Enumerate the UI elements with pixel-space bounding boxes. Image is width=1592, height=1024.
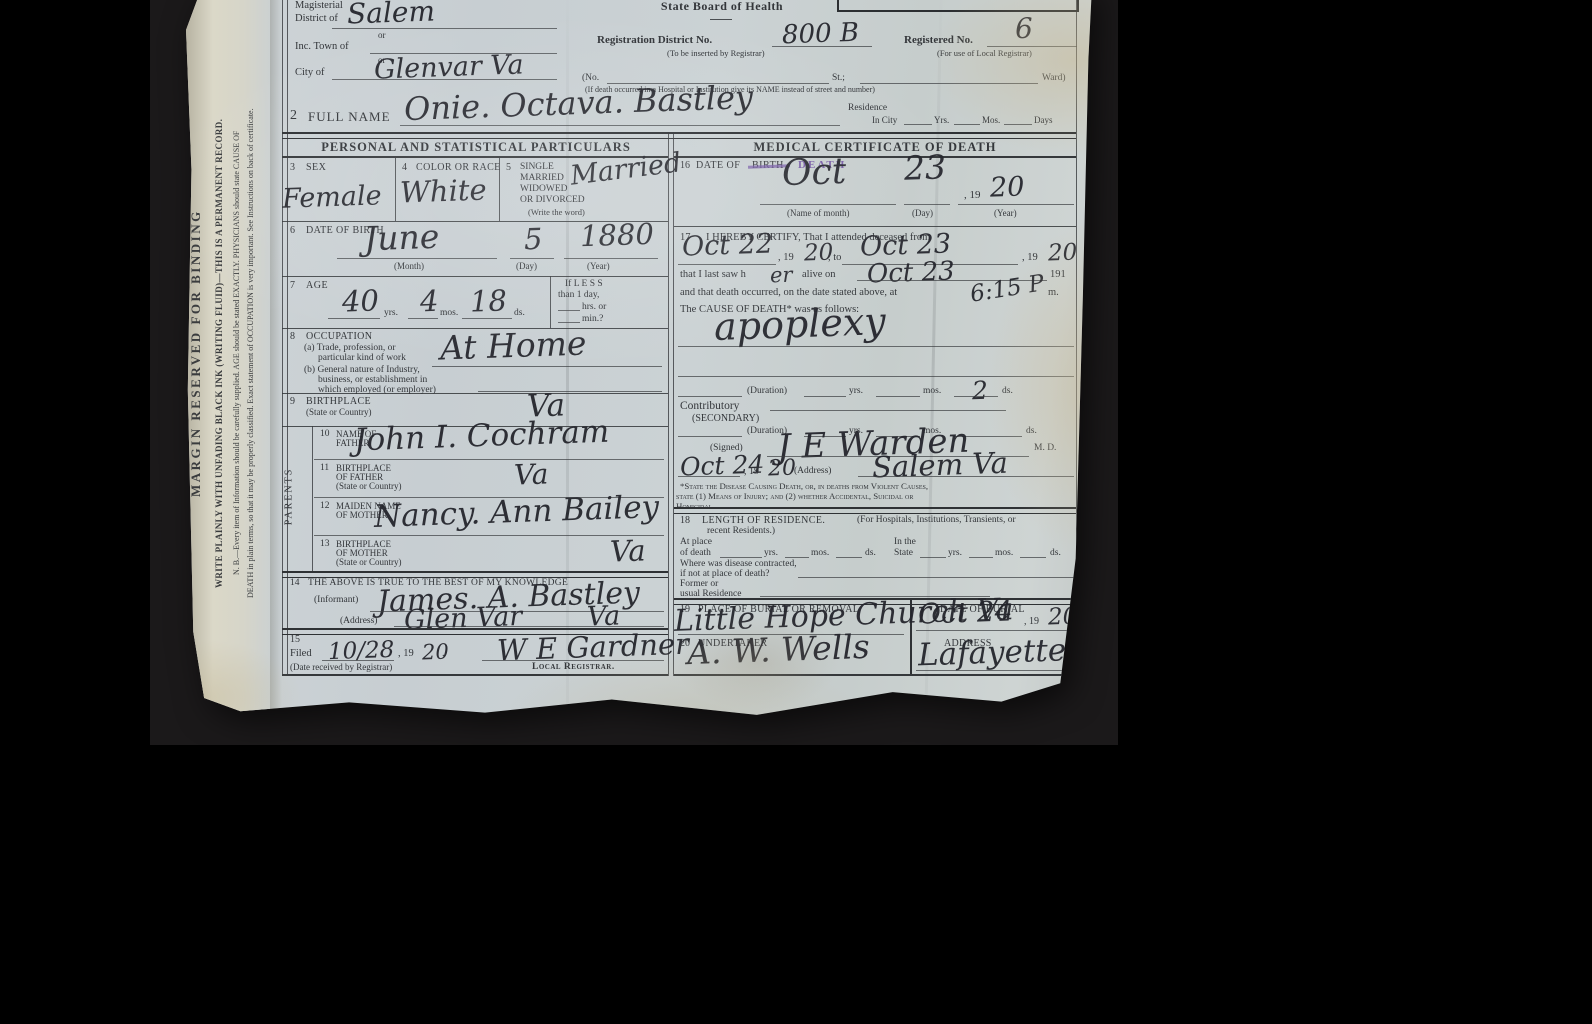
dod-day-caption: (Day) <box>912 208 933 218</box>
rule <box>499 158 500 221</box>
dob-month-value: June <box>363 217 440 259</box>
dob-month-caption: (Month) <box>394 261 424 271</box>
age-label: AGE <box>306 280 328 291</box>
birthplace-number: 9 <box>290 396 295 407</box>
last-saw-pre: that I last saw h <box>680 269 746 280</box>
rule <box>674 226 1076 227</box>
rule <box>720 557 762 558</box>
rule <box>674 156 1076 158</box>
signed-year-written: 20 <box>768 456 797 482</box>
binding-fold-shadow <box>270 0 282 720</box>
rule <box>904 204 950 205</box>
informant-address-caption: (Address) <box>340 616 377 626</box>
signed-address-value: Salem Va <box>871 446 1008 485</box>
race-label: COLOR OR RACE <box>416 162 501 173</box>
marital-divorced: OR DIVORCED <box>520 195 585 205</box>
attended-to-word: , to <box>828 252 841 263</box>
dob-day-value: 5 <box>523 222 543 257</box>
last-saw-mid: alive on <box>802 269 836 280</box>
rule <box>785 557 809 558</box>
footnote-line1: *State the Disease Causing Death, or, in… <box>680 481 928 491</box>
paper-surface: MARGIN RESERVED FOR BINDING WRITE PLAINL… <box>186 0 1092 720</box>
rule <box>337 258 497 259</box>
rule <box>987 46 1077 47</box>
registered-no-label: Registered No. <box>904 34 973 46</box>
father-number: 10 <box>320 429 330 439</box>
where-contracted-line2: if not at place of death? <box>680 569 769 579</box>
death-time-value: 6:15 P <box>968 270 1046 307</box>
marital-note: (Write the word) <box>528 207 585 217</box>
cause-duration-yrs: yrs. <box>849 386 863 396</box>
city-value: Glenvar Va <box>374 49 525 85</box>
filed-period: . <box>442 648 445 659</box>
city-of-label: City of <box>295 67 324 78</box>
knowledge-number: 14 <box>290 578 300 588</box>
rule <box>550 276 551 328</box>
last-saw-year: 191 <box>1050 269 1066 280</box>
age-number: 7 <box>290 280 295 291</box>
registration-district-note: (To be inserted by Registrar) <box>667 48 765 58</box>
rule <box>678 346 1074 347</box>
state-ds: ds. <box>1050 548 1061 558</box>
father-bp-sub: (State or Country) <box>336 481 402 491</box>
at-place-ds: ds. <box>865 548 876 558</box>
rule <box>678 396 742 397</box>
rule <box>678 376 1074 377</box>
age-less-hrs: hrs. or <box>582 302 606 312</box>
residence18-note1: (For Hospitals, Institutions, Transients… <box>857 515 1016 525</box>
attended-from-value: Oct 22 <box>681 228 773 262</box>
mother-bp-value: Va <box>609 533 646 568</box>
dod-year-written: 20 <box>989 171 1024 203</box>
occupation-b1: (b) General nature of Industry, <box>304 365 420 375</box>
at-place-line1: At place <box>680 537 712 547</box>
rule <box>400 125 840 126</box>
race-value: White <box>399 172 487 209</box>
burial-year-printed: , 19 <box>1024 616 1039 627</box>
residence18-note2: recent Residents.) <box>707 526 775 536</box>
marital-married: MARRIED <box>520 173 564 183</box>
residence18-label: LENGTH OF RESIDENCE. <box>702 515 825 526</box>
registered-no-note: (For use of Local Registrar) <box>937 48 1032 58</box>
birthplace-label: BIRTHPLACE <box>306 396 371 407</box>
residence18-number: 18 <box>680 515 690 526</box>
state-mos: mos. <box>995 548 1013 558</box>
informant-caption: (Informant) <box>314 595 358 605</box>
rule <box>916 630 1074 631</box>
age-years-value: 40 <box>341 283 379 318</box>
days-label: Days <box>1034 115 1053 125</box>
death-time-m: m. <box>1048 287 1059 298</box>
district-of-label: District of <box>295 13 338 24</box>
rule <box>558 310 580 311</box>
rule <box>282 132 1076 139</box>
dod-month-caption: (Name of month) <box>787 208 849 218</box>
certificate-paper: MARGIN RESERVED FOR BINDING WRITE PLAINL… <box>186 0 1092 720</box>
rule <box>462 318 512 319</box>
margin-binding-text: MARGIN RESERVED FOR BINDING <box>188 0 212 720</box>
sex-value: Female <box>281 180 382 214</box>
attended-to-19: , 19 <box>1022 252 1038 263</box>
age-ds-caption: ds. <box>514 308 525 318</box>
cause-value: apoplexy <box>713 299 886 349</box>
rule <box>804 396 846 397</box>
father-name-value: John I. Cochram <box>353 414 609 459</box>
or-label: or <box>378 30 386 40</box>
occupation-value: At Home <box>439 323 587 367</box>
death-occurred-line: and that death occurred, on the date sta… <box>680 287 897 298</box>
rule <box>876 396 920 397</box>
rule <box>674 507 1076 514</box>
full-name-value: Onie. Octava. Bastley <box>403 78 753 128</box>
secondary-duration-ds: ds. <box>1026 426 1037 436</box>
rule <box>282 393 668 394</box>
signed-md-label: M. D. <box>1034 443 1056 453</box>
marital-widowed: WIDOWED <box>520 184 567 194</box>
burial-year-written: 20 <box>1048 603 1078 630</box>
yrs-label: Yrs. <box>934 115 949 125</box>
race-number: 4 <box>402 162 407 173</box>
rule <box>770 410 1006 411</box>
dob-year-value: 1880 <box>579 217 654 254</box>
at-place-line2: of death <box>680 548 711 558</box>
mos-label: Mos. <box>982 115 1000 125</box>
rule <box>858 476 1074 477</box>
rule <box>673 132 674 676</box>
st-label: St.; <box>832 73 845 83</box>
rule <box>564 258 658 259</box>
marital-number: 5 <box>506 162 511 173</box>
age-less-line2: than 1 day, <box>558 290 599 300</box>
sex-number: 3 <box>290 162 295 173</box>
certificate-form: Magisterial District of Salem or Inc. To… <box>282 0 1082 716</box>
inc-town-label: Inc. Town of <box>295 41 349 52</box>
rule <box>312 426 313 571</box>
no-label: (No. <box>582 73 599 83</box>
district-value: Salem <box>346 0 435 31</box>
rule <box>904 124 932 125</box>
occupation-a2: particular kind of work <box>318 353 406 363</box>
rule <box>332 28 557 29</box>
rule <box>328 318 380 319</box>
marital-single: SINGLE <box>520 162 554 172</box>
full-name-label: FULL NAME <box>308 109 391 125</box>
rule <box>772 46 872 47</box>
rule <box>482 660 664 661</box>
rule <box>395 158 396 221</box>
magisterial-label: Magisterial <box>295 0 343 11</box>
at-place-mos: mos. <box>811 548 829 558</box>
cause-duration-caption: (Duration) <box>747 386 787 396</box>
dod-label: DATE OF <box>696 160 740 171</box>
last-saw-value: Oct 23 <box>867 256 956 289</box>
occupation-number: 8 <box>290 331 295 342</box>
dob-year-caption: (Year) <box>587 261 610 271</box>
margin-nb-line1: N. B.—Every item of Information should b… <box>232 0 245 720</box>
full-name-number: 2 <box>290 108 297 124</box>
rule <box>678 436 742 437</box>
age-mos-caption: mos. <box>440 308 458 318</box>
local-registrar-label: Local Registrar. <box>532 662 615 672</box>
rule <box>322 660 394 661</box>
sex-label: SEX <box>306 162 326 173</box>
rule <box>314 459 664 460</box>
rule <box>916 670 1074 671</box>
last-saw-her: er <box>770 263 793 288</box>
in-the-state-line2: State <box>894 548 913 558</box>
filed-label: Filed <box>290 648 312 659</box>
age-months-value: 4 <box>419 284 439 319</box>
photo-backdrop: MARGIN RESERVED FOR BINDING WRITE PLAINL… <box>150 0 1118 745</box>
rule <box>394 626 664 627</box>
where-contracted-line1: Where was disease contracted, <box>680 559 797 569</box>
rule <box>860 83 1038 84</box>
attended-to-20: 20 <box>1048 239 1078 266</box>
rule <box>478 391 662 392</box>
cause-duration-ds: ds. <box>1002 386 1013 396</box>
screenshot-root: { "margin": { "binding": "MARGIN RESERVE… <box>0 0 1592 1024</box>
dod-year-caption: (Year) <box>994 208 1017 218</box>
dob-day-caption: (Day) <box>516 261 537 271</box>
filed-note: (Date received by Registrar) <box>290 662 392 672</box>
registered-no-value: 6 <box>1014 12 1033 46</box>
rule <box>678 476 740 477</box>
rule <box>678 264 776 265</box>
burial-date-value: Oct 24 <box>917 594 1013 630</box>
rule <box>920 557 946 558</box>
signed-address-caption: (Address) <box>794 466 831 476</box>
in-the-state-line1: In the <box>894 537 916 547</box>
attended-from-19: , 19 <box>778 252 794 263</box>
age-days-value: 18 <box>469 283 507 318</box>
father-bp-number: 11 <box>320 463 329 473</box>
cause-duration-days-value: 2 <box>971 376 988 406</box>
rule <box>432 366 662 367</box>
former-residence-line1: Former or <box>680 579 718 589</box>
dob-number: 6 <box>290 225 295 236</box>
rule <box>954 396 998 397</box>
rule <box>836 557 862 558</box>
rule <box>668 132 669 676</box>
rule <box>1076 0 1077 676</box>
registrar-stamp-box <box>837 0 1079 12</box>
contributory-label: Contributory <box>680 400 739 412</box>
dod-year-printed: , 19 <box>964 189 981 201</box>
state-yrs: yrs. <box>948 548 962 558</box>
registration-district-label: Registration District No. <box>597 34 712 46</box>
occupation-b2: business, or establishment in <box>318 375 427 385</box>
rule <box>760 204 896 205</box>
residence-label: Residence <box>848 103 887 113</box>
undertaker-address-value: Lafayette Va <box>917 631 1114 674</box>
medical-title: MEDICAL CERTIFICATE OF DEATH <box>676 140 1074 155</box>
rule <box>958 204 1074 205</box>
rule <box>510 258 554 259</box>
rule <box>954 124 980 125</box>
dod-day-value: 23 <box>903 147 946 187</box>
mother-bp-number: 13 <box>320 539 330 549</box>
rule <box>332 79 557 80</box>
rule <box>1020 557 1046 558</box>
margin-nb-line2: DEATH in plain terms, so that it may be … <box>246 0 259 720</box>
contributory-secondary: (SECONDARY) <box>692 413 759 424</box>
occupation-label: OCCUPATION <box>306 331 372 342</box>
personal-title: PERSONAL AND STATISTICAL PARTICULARS <box>290 140 662 155</box>
age-yrs-caption: yrs. <box>384 308 398 318</box>
rule <box>282 276 668 277</box>
rule <box>969 557 993 558</box>
ward-label: Ward) <box>1042 73 1066 83</box>
state-board-heading: State Board of Health <box>612 0 832 14</box>
rule <box>1004 124 1032 125</box>
cause-duration-mos: mos. <box>923 386 941 396</box>
in-city-label: In City <box>872 115 897 125</box>
signed-year-printed: , 19 <box>744 466 759 477</box>
mother-bp-sub: (State or Country) <box>336 557 402 567</box>
binding-margin: MARGIN RESERVED FOR BINDING WRITE PLAINL… <box>186 0 270 720</box>
footnote-line2: state (1) Means of Injury; and (2) wheth… <box>676 491 913 501</box>
filed-year-written: 20 <box>422 640 450 665</box>
rule <box>408 318 438 319</box>
at-place-yrs: yrs. <box>764 548 778 558</box>
parents-label: PARENTS <box>283 468 294 526</box>
rule <box>282 674 668 676</box>
occupation-a1: (a) Trade, profession, or <box>304 343 396 353</box>
margin-write-plainly-text: WRITE PLAINLY WITH UNFADING BLACK INK (W… <box>214 0 229 720</box>
age-less-line1: If L E S S <box>565 279 603 289</box>
undertaker-value: A. W. Wells <box>686 627 870 672</box>
rule <box>674 674 1076 676</box>
dod-month-value: Oct <box>781 151 847 194</box>
birthplace-sub: (State or Country) <box>306 407 372 417</box>
father-bp-value: Va <box>513 457 548 491</box>
rule <box>710 19 732 20</box>
mother-name-value: Nancy. Ann Bailey <box>373 489 659 535</box>
rule <box>798 577 1074 578</box>
dod-number: 16 <box>680 160 690 171</box>
filed-year-printed: , 19 <box>398 648 414 659</box>
mother-number: 12 <box>320 501 330 511</box>
filed-number: 15 <box>290 634 300 645</box>
